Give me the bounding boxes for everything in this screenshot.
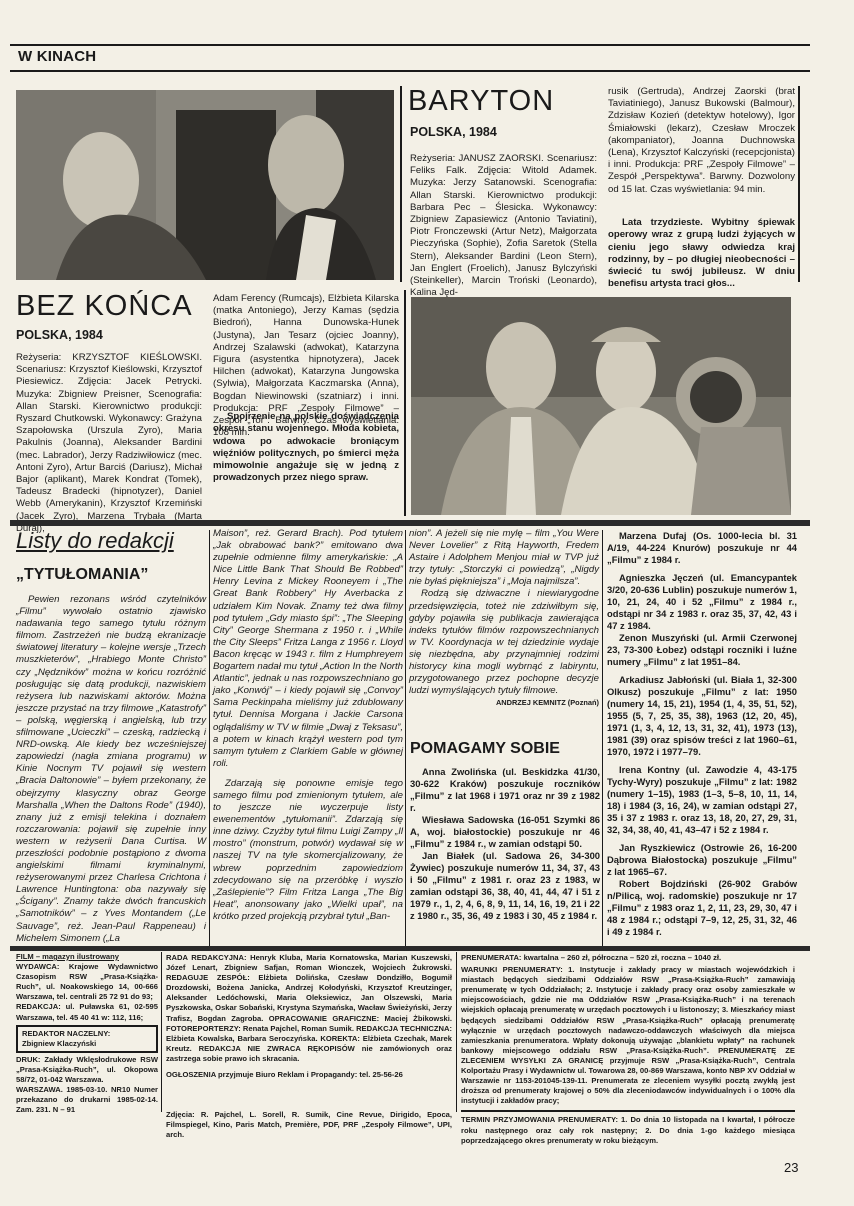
- section-title-pomagamy: POMAGAMY SOBIE: [410, 740, 560, 758]
- print-info: WARSZAWA. 1985-03-10. NR10 Numer przekaz…: [16, 1085, 158, 1115]
- subscription-deadline: TERMIN PRZYJMOWANIA PRENUMERATY: 1. Do d…: [461, 1110, 795, 1145]
- film-synopsis: Spojrzenie na polskie doświadczenia okre…: [213, 411, 399, 485]
- column-divider: [405, 530, 406, 950]
- paragraph: nion”. A jeżeli się nie mylę – film „You…: [409, 528, 599, 588]
- column-divider: [456, 952, 457, 1112]
- classified-entry: Marzena Dufaj (Os. 1000-lecia bl. 31 A/1…: [607, 530, 797, 566]
- film-country-year: POLSKA, 1984: [410, 125, 497, 139]
- imprint-middle: RADA REDAKCYJNA: Henryk Kluba, Maria Kor…: [166, 953, 452, 1140]
- classified-entry: Wiesława Sadowska (16-051 Szymki 86 A, w…: [410, 814, 600, 850]
- paragraph: Maison”, reż. Gerard Brach). Pod tytułem…: [213, 528, 403, 770]
- classified-entry: Zenon Muszyński (ul. Armii Czerwonej 23,…: [607, 632, 797, 668]
- subscription-prices: PRENUMERATA: kwartalna – 260 zł, półrocz…: [461, 953, 795, 963]
- column-divider: [400, 86, 402, 282]
- film-title-baryton: BARYTON: [408, 86, 554, 116]
- editorial-board: RADA REDAKCYJNA: Henryk Kluba, Maria Kor…: [166, 953, 452, 1064]
- photo-bez-konca: [16, 90, 394, 280]
- classified-entry: Irena Kontny (ul. Zawodzie 4, 43-175 Tyc…: [607, 764, 797, 836]
- photo-credits: Zdjęcia: R. Pajchel, L. Sorell, R. Sumik…: [166, 1110, 452, 1140]
- section-heading: W KINACH: [18, 48, 96, 65]
- classified-entry: Robert Bojdziński (26-902 Grabów n/Pilic…: [607, 878, 797, 938]
- classifieds-col1: Anna Zwolińska (ul. Beskidzka 41/30, 30-…: [410, 766, 600, 922]
- column-divider: [798, 86, 800, 282]
- publisher-info: WYDAWCA: Krajowe Wydawnictwo Czasopism R…: [16, 962, 158, 1002]
- classified-entry: Anna Zwolińska (ul. Beskidzka 41/30, 30-…: [410, 766, 600, 814]
- letter-body-col2: Maison”, reż. Gerard Brach). Pod tytułem…: [213, 528, 403, 923]
- letter-body-col3: nion”. A jeżeli się nie mylę – film „You…: [409, 528, 599, 709]
- paragraph: Rodzą się dziwaczne i niewiarygodne prze…: [409, 588, 599, 697]
- paragraph: Zdarzają się ponowne emisje tego samego …: [213, 778, 403, 923]
- page-number: 23: [784, 1160, 798, 1175]
- advertising-info: OGŁOSZENIA przyjmuje Biuro Reklam i Prop…: [166, 1070, 452, 1080]
- editorial-office: REDAKCJA: ul. Puławska 61, 02-595 Warsza…: [16, 1002, 158, 1022]
- imprint-left: FILM – magazyn ilustrowany WYDAWCA: Kraj…: [16, 952, 158, 1115]
- column-divider: [404, 290, 406, 516]
- film-credits-continued: rusik (Gertruda), Andrzej Zaorski (brat …: [608, 86, 795, 196]
- film-synopsis: Lata trzydzieste. Wybitny śpiewak operow…: [608, 217, 795, 291]
- classified-entry: Jan Białek (ul. Sadowa 26, 34-300 Żywiec…: [410, 850, 600, 922]
- paragraph: Pewien rezonans wśród czytelników „Filmu…: [16, 594, 206, 945]
- section-band: [10, 520, 810, 526]
- letter-headline: „TYTUŁOMANIA”: [16, 566, 148, 584]
- top-rule: [10, 44, 810, 46]
- column-divider: [602, 530, 603, 950]
- film-credits: Reżyseria: JANUSZ ZAORSKI. Scenariusz: F…: [410, 153, 597, 299]
- column-divider: [161, 952, 162, 1112]
- section-title-listy: Listy do redakcji: [16, 528, 174, 554]
- film-credits: Reżyseria: KRZYSZTOF KIEŚLOWSKI. Scenari…: [16, 352, 202, 535]
- subscription-terms: WARUNKI PRENUMERATY: 1. Instytucje i zak…: [461, 965, 795, 1106]
- header-rule: [10, 70, 810, 72]
- film-country-year: POLSKA, 1984: [16, 328, 103, 342]
- editor-in-chief-box: REDAKTOR NACZELNY: Zbigniew Klaczyński: [16, 1025, 158, 1053]
- classified-entry: Arkadiusz Jabłoński (ul. Biała 1, 32-300…: [607, 674, 797, 758]
- printer-info: DRUK: Zakłady Wklęsłodrukowe RSW „Prasa-…: [16, 1055, 158, 1085]
- editor-name: Zbigniew Klaczyński: [22, 1039, 152, 1049]
- photo-baryton: [411, 297, 791, 515]
- column-divider: [209, 530, 210, 950]
- letter-signature: ANDRZEJ KEMNITZ (Poznań): [409, 697, 599, 709]
- letter-body-col1: Pewien rezonans wśród czytelników „Filmu…: [16, 594, 206, 945]
- classified-entry: Agnieszka Jęczeń (ul. Emancypantek 3/20,…: [607, 572, 797, 632]
- classified-entry: Jan Ryszkiewicz (Ostrowie 26, 16-200 Dąb…: [607, 842, 797, 878]
- classifieds-col2: Marzena Dufaj (Os. 1000-lecia bl. 31 A/1…: [607, 530, 797, 938]
- editor-label: REDAKTOR NACZELNY:: [22, 1029, 152, 1039]
- masthead: FILM – magazyn ilustrowany: [16, 952, 158, 962]
- imprint-right: PRENUMERATA: kwartalna – 260 zł, półrocz…: [461, 953, 795, 1146]
- footer-band: [10, 946, 810, 951]
- film-title-bez-konca: BEZ KOŃCA: [16, 291, 193, 321]
